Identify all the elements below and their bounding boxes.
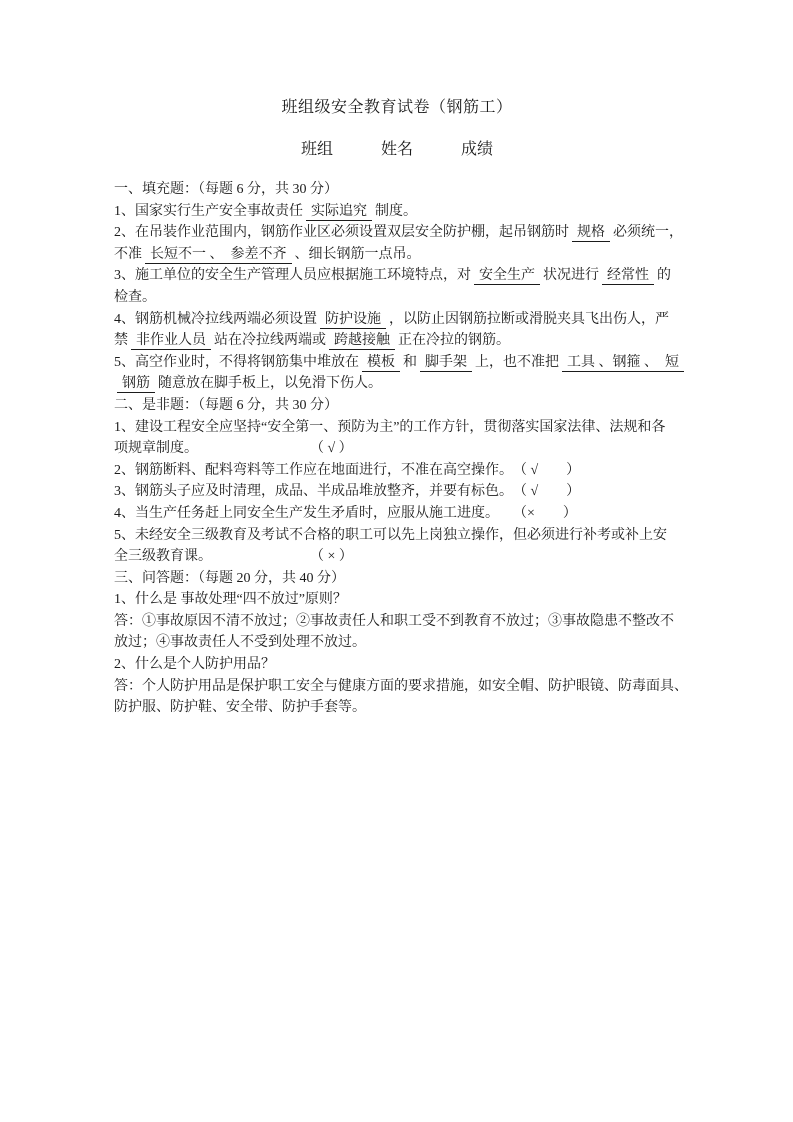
fill-item-5-line-2: 钢筋随意放在脚手板上，以免滑下伤人。 (114, 373, 680, 395)
tf-item-5-line-1: 5、未经安全三级教育及考试不合格的职工可以先上岗独立操作，但必须进行补考或补上安 (114, 525, 680, 547)
fill-blank: 钢筋 (117, 376, 155, 393)
tf-item-4: 4、当生产任务赶上同安全生产发生矛盾时，应服从施工进度。 （× ） (114, 503, 680, 525)
text-segment: 1、国家实行生产安全事故责任 (114, 204, 303, 219)
text-segment: 制度。 (375, 204, 417, 219)
fill-item-4-line-1: 4、钢筋机械冷拉线两端必须设置防护设施，以防止因钢筋拉断或滑脱夹具飞出伤人，严 (114, 309, 680, 331)
qa-question-1: 1、什么是 事故处理“四不放过”原则？ (114, 589, 680, 611)
text-segment: 上，也不准把 (475, 355, 559, 370)
text-segment: 项规章制度。 (114, 441, 317, 456)
exam-header-fields: 班组 姓名 成绩 (114, 138, 680, 162)
tf-item-2: 2、钢筋断料、配料弯料等工作应在地面进行，不准在高空操作。 （ √ ） (114, 460, 680, 482)
text-segment: 1、建设工程安全应坚持“安全第一、预防为主”的工作方针，贯彻落实国家法律、法规和… (114, 420, 665, 435)
text-segment: 的 (657, 268, 671, 283)
text-segment: 状况进行 (543, 268, 599, 283)
text-segment: 站在冷拉线两端或 (214, 333, 326, 348)
section3-heading: 三、问答题：（每题 20 分，共 40 分） (114, 568, 680, 590)
text-segment: ，以防止因钢筋拉断或滑脱夹具飞出伤人，严 (389, 312, 669, 327)
fill-item-1: 1、国家实行生产安全事故责任实际追究制度。 (114, 201, 680, 223)
tf-item-3: 3、钢筋头子应及时清理，成品、半成品堆放整齐，并要有标色。 （ √ ） (114, 481, 680, 503)
text-segment: 禁 (114, 333, 128, 348)
text-segment: 防护服、防护鞋、安全带、防护手套等。 (114, 700, 366, 715)
fill-blank: 模板 (362, 355, 400, 372)
text-segment: 放过；④事故责任人不受到处理不放过。 (114, 635, 366, 650)
qa-answer-1-line-1: 答：①事故原因不清不放过；②事故责任人和职工受不到教育不放过；③事故隐患不整改不 (114, 611, 680, 633)
tf-item-1-line-2: 项规章制度。 （ √ ） (114, 438, 680, 460)
text-segment: 2、钢筋断料、配料弯料等工作应在地面进行，不准在高空操作。 (114, 463, 520, 478)
text-segment: 5、高空作业时，不得将钢筋集中堆放在 (114, 355, 359, 370)
fill-item-2-line-2: 不准长短不一 、 参差不齐、细长钢筋一点吊。 (114, 244, 680, 266)
fill-item-5-line-1: 5、高空作业时，不得将钢筋集中堆放在模板和脚手架上，也不准把工具 、钢箍 、 短 (114, 352, 680, 374)
answer-mark: （ √ ） (520, 463, 580, 478)
document-page: 班组级安全教育试卷（钢筋工） 班组 姓名 成绩 一、填充题：（每题 6 分，共 … (0, 0, 793, 1122)
fill-item-3-line-2: 检查。 (114, 287, 680, 309)
text-segment: 3、钢筋头子应及时清理，成品、半成品堆放整齐，并要有标色。 (114, 484, 520, 499)
answer-mark: （ √ ） (520, 484, 580, 499)
exam-title: 班组级安全教育试卷（钢筋工） (114, 96, 680, 120)
fill-blank: 脚手架 (420, 355, 472, 372)
text-segment: 和 (403, 355, 417, 370)
fill-blank: 经常性 (602, 268, 654, 285)
text-segment: 、细长钢筋一点吊。 (295, 247, 421, 262)
answer-mark: （ × ） (317, 549, 353, 564)
fill-blank: 跨越接触 (329, 333, 395, 350)
text-segment: 正在冷拉的钢筋。 (398, 333, 510, 348)
fill-item-4-line-2: 禁非作业人员站在冷拉线两端或跨越接触正在冷拉的钢筋。 (114, 330, 680, 352)
tf-item-5-line-2: 全三级教育课。 （ × ） (114, 546, 680, 568)
answer-mark: （ √ ） (317, 441, 353, 456)
text-segment: 答：①事故原因不清不放过；②事故责任人和职工受不到教育不放过；③事故隐患不整改不 (114, 614, 674, 629)
fill-blank: 非作业人员 (131, 333, 211, 350)
text-segment: 不准 (114, 247, 142, 262)
fill-item-3-line-1: 3、施工单位的安全生产管理人员应根据施工环境特点，对安全生产状况进行经常性的 (114, 265, 680, 287)
field-class-group: 班组 (301, 138, 333, 162)
text-segment: 检查。 (114, 290, 156, 305)
text-segment: 答：个人防护用品是保护职工安全与健康方面的要求措施，如安全帽、防护眼镜、防毒面具… (114, 679, 688, 694)
text-segment: 1、什么是 事故处理“四不放过”原则？ (114, 592, 347, 607)
field-score: 成绩 (461, 138, 493, 162)
tf-item-1-line-1: 1、建设工程安全应坚持“安全第一、预防为主”的工作方针，贯彻落实国家法律、法规和… (114, 417, 680, 439)
text-segment: 3、施工单位的安全生产管理人员应根据施工环境特点，对 (114, 268, 471, 283)
qa-answer-2-line-1: 答：个人防护用品是保护职工安全与健康方面的要求措施，如安全帽、防护眼镜、防毒面具… (114, 676, 680, 698)
fill-blank: 长短不一 、 参差不齐 (145, 247, 292, 264)
text-segment: 必须统一， (613, 225, 683, 240)
qa-answer-2-line-2: 防护服、防护鞋、安全带、防护手套等。 (114, 697, 680, 719)
field-name: 姓名 (381, 138, 413, 162)
text-segment: 2、在吊装作业范围内，钢筋作业区必须设置双层安全防护棚，起吊钢筋时 (114, 225, 569, 240)
text-segment: 4、钢筋机械冷拉线两端必须设置 (114, 312, 317, 327)
fill-item-2-line-1: 2、在吊装作业范围内，钢筋作业区必须设置双层安全防护棚，起吊钢筋时规格必须统一， (114, 222, 680, 244)
document-content: 班组级安全教育试卷（钢筋工） 班组 姓名 成绩 一、填充题：（每题 6 分，共 … (114, 96, 680, 719)
qa-answer-1-line-2: 放过；④事故责任人不受到处理不放过。 (114, 632, 680, 654)
text-segment: 随意放在脚手板上，以免滑下伤人。 (158, 376, 382, 391)
fill-blank: 实际追究 (306, 204, 372, 221)
text-segment: 全三级教育课。 (114, 549, 317, 564)
fill-blank: 防护设施 (320, 312, 386, 329)
fill-blank: 工具 、钢箍 、 短 (562, 355, 684, 372)
answer-mark: （× ） (520, 506, 577, 521)
text-segment: 2、什么是个人防护用品？ (114, 657, 275, 672)
qa-question-2: 2、什么是个人防护用品？ (114, 654, 680, 676)
fill-blank: 安全生产 (474, 268, 540, 285)
section2-heading: 二、是非题：（每题 6 分，共 30 分） (114, 395, 680, 417)
fill-blank: 规格 (572, 225, 610, 242)
exam-body: 一、填充题：（每题 6 分，共 30 分） 1、国家实行生产安全事故责任实际追究… (114, 179, 680, 719)
text-segment: 4、当生产任务赶上同安全生产发生矛盾时，应服从施工进度。 (114, 506, 520, 521)
text-segment: 5、未经安全三级教育及考试不合格的职工可以先上岗独立操作，但必须进行补考或补上安 (114, 528, 667, 543)
section1-heading: 一、填充题：（每题 6 分，共 30 分） (114, 179, 680, 201)
